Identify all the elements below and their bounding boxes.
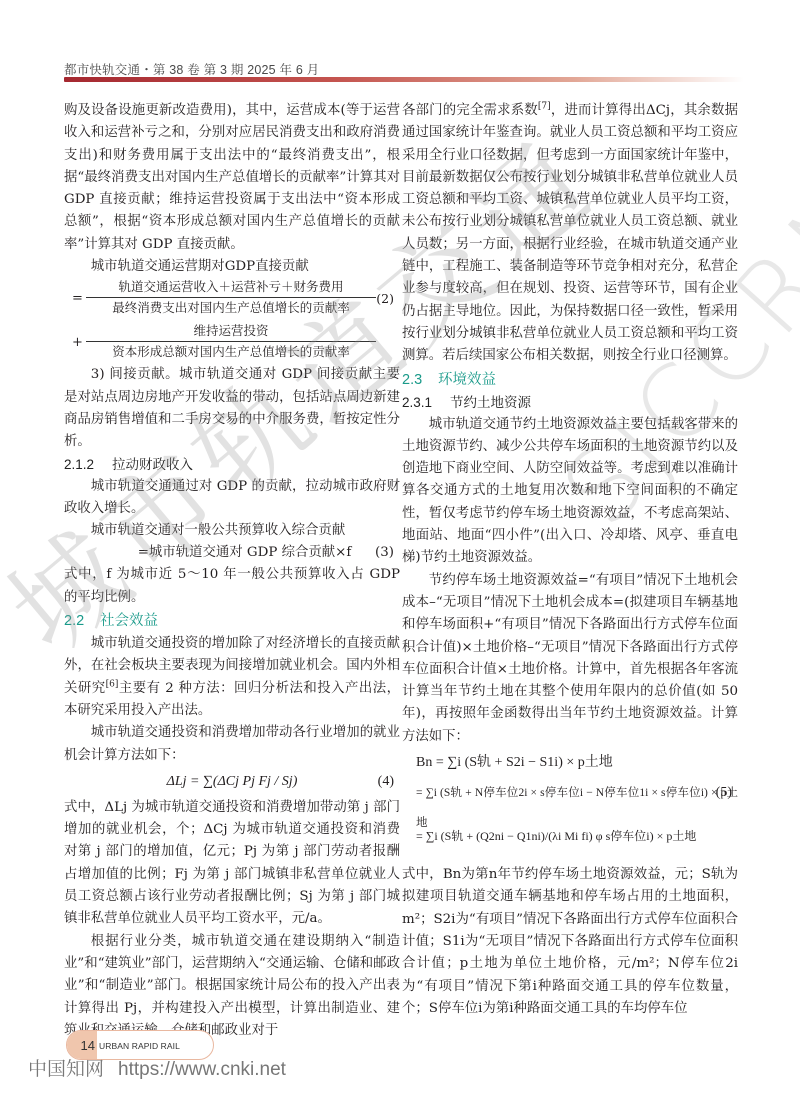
paragraph-cost-breakdown: 购及设备设施更新改造费用)，其中，运营成本(等于运营收入和运营补亏之和，分别对应… — [64, 100, 400, 256]
section-title: 环境效益 — [438, 372, 496, 388]
section-title: 节约土地资源 — [450, 395, 531, 410]
section-title: 拉动财政收入 — [112, 457, 193, 472]
equation-number: (4) — [378, 767, 394, 797]
left-column: 购及设备设施更新改造费用)，其中，运营成本(等于运营收入和运营补亏之和，分别对应… — [64, 100, 400, 1042]
fraction-bar — [86, 341, 376, 342]
section-heading-2-3-1: 2.3.1节约土地资源 — [402, 392, 738, 414]
paragraph-eq5-explanation: 式中，Bn为第n年节约停车场土地资源效益，元；S轨为拟建项目轨道交通车辆基地和停… — [402, 864, 738, 1020]
right-column: 各部门的完全需求系数[7]，进而计算得出ΔCj，其余数据通过国家统计年鉴查询。就… — [402, 100, 738, 1020]
eq2-frac2-denominator: 资本形成总额对国内生产总值增长的贡献率 — [86, 343, 376, 361]
cnki-url[interactable]: https://www.cnki.net — [118, 1059, 286, 1080]
section-title: 社会效益 — [100, 613, 158, 629]
section-number: 2.3.1 — [402, 392, 450, 414]
paragraph-land-saving: 城市轨道交通节约土地资源效益主要包括载客带来的土地资源节约、减少公共停车场面积的… — [402, 414, 738, 570]
paragraph-parking-land-benefit: 节约停车场土地资源效益=“有项目”情况下土地机会成本–“无项目”情况下土地机会成… — [402, 570, 738, 748]
section-heading-2-2: 2.2社会效益 — [64, 610, 400, 632]
paragraph-eq4-explanation: 式中，ΔLj 为城市轨道交通投资和消费增加带动第 j 部门增加的就业机会，个；Δ… — [64, 797, 400, 931]
text-run: 各部门的完全需求系数 — [402, 103, 538, 118]
eq2-frac2-numerator: 维持运营投资 — [86, 322, 376, 340]
section-heading-2-3: 2.3环境效益 — [402, 369, 738, 391]
eq2-fraction-consumption: 轨道交通运营收入＋运营补亏＋财务费用 最终消费支出对国内生产总值增长的贡献率 — [86, 278, 376, 317]
paragraph-fiscal-revenue: 城市轨道交通通过对 GDP 的贡献，拉动城市政府财政收入增长。 — [64, 476, 400, 521]
cnki-name: 中国知网 — [28, 1059, 104, 1080]
eq2-frac1-numerator: 轨道交通运营收入＋运营补亏＋财务费用 — [86, 278, 376, 296]
paragraph-employment-method: 城市轨道交通投资和消费增加带动各行业增加的就业机会计算方法如下： — [64, 722, 400, 767]
eq5-row-1: Bn = ∑i (S轨 + S2i − S1i) × p土地 — [416, 748, 738, 778]
section-number: 2.1.2 — [64, 454, 112, 476]
paragraph-eq3-explanation: 式中，f 为城市近 5～10 年一般公共预算收入占 GDP 的平均比例。 — [64, 564, 400, 609]
equation-2-part2: + 维持运营投资 资本形成总额对国内生产总值增长的贡献率 — [64, 320, 400, 364]
paragraph-industry-classification: 根据行业分类，城市轨道交通在建设期纳入“制造业”和“建筑业”部门，运营期纳入“交… — [64, 931, 400, 1042]
text-run: ，进而计算得出ΔCj，其余数据通过国家统计年鉴查询。就业人员工资总额和平均工资应… — [402, 103, 738, 363]
header-divider — [64, 77, 744, 82]
eq2-fraction-capital: 维持运营投资 资本形成总额对国内生产总值增长的贡献率 — [86, 322, 376, 361]
paragraph-demand-coefficient: 各部门的完全需求系数[7]，进而计算得出ΔCj，其余数据通过国家统计年鉴查询。就… — [402, 100, 738, 368]
paragraph-social-benefit: 城市轨道交通投资的增加除了对经济增长的直接贡献外，在社会板块主要表现为间接增加就… — [64, 633, 400, 722]
equation-number: (5) — [716, 778, 732, 808]
eq3-label: 城市轨道交通对一般公共预算收入综合贡献 — [64, 520, 400, 542]
equation-5: Bn = ∑i (S轨 + S2i − S1i) × p土地 = ∑i (S轨 … — [416, 748, 738, 864]
eq5-row-2: = ∑i (S轨 + N停车位2i × s停车位i − N停车位1i × s停车… — [416, 778, 738, 808]
eq2-equals: = — [72, 288, 83, 310]
journal-header: 都市快轨交通・第 38 卷 第 3 期 2025 年 6 月 — [64, 60, 319, 78]
eq5-row-3: = ∑i (S轨 + (Q2ni − Q1ni)/(λi Mi fi) φ s停… — [416, 808, 738, 864]
fraction-bar — [86, 297, 376, 298]
citation-ref[interactable]: [7] — [538, 102, 551, 112]
equation-number: (2) — [376, 288, 394, 310]
eq2-frac1-denominator: 最终消费支出对国内生产总值增长的贡献率 — [86, 299, 376, 317]
section-heading-2-1-2: 2.1.2拉动财政收入 — [64, 454, 400, 476]
paragraph-indirect-contribution: 3) 间接贡献。城市轨道交通对 GDP 间接贡献主要是对站点周边房地产开发收益的… — [64, 364, 400, 453]
section-number: 2.2 — [64, 610, 100, 632]
equation-4: ΔLj = ∑(ΔCj Pj Fj / Sj) (4) — [64, 767, 400, 797]
equation-3: =城市轨道交通对 GDP 综合贡献×f (3) — [64, 542, 400, 564]
section-number: 2.3 — [402, 369, 438, 391]
eq2-label: 城市轨道交通运营期对GDP直接贡献 — [64, 256, 400, 278]
cnki-source-watermark: 中国知网https://www.cnki.net — [28, 1054, 286, 1081]
eq2-plus: + — [72, 332, 83, 354]
eq3-body: =城市轨道交通对 GDP 综合贡献×f — [64, 545, 351, 560]
eq4-body: ΔLj = ∑(ΔCj Pj Fj / Sj) — [167, 774, 298, 789]
equation-number: (3) — [375, 542, 394, 564]
citation-ref[interactable]: [6] — [106, 679, 119, 689]
